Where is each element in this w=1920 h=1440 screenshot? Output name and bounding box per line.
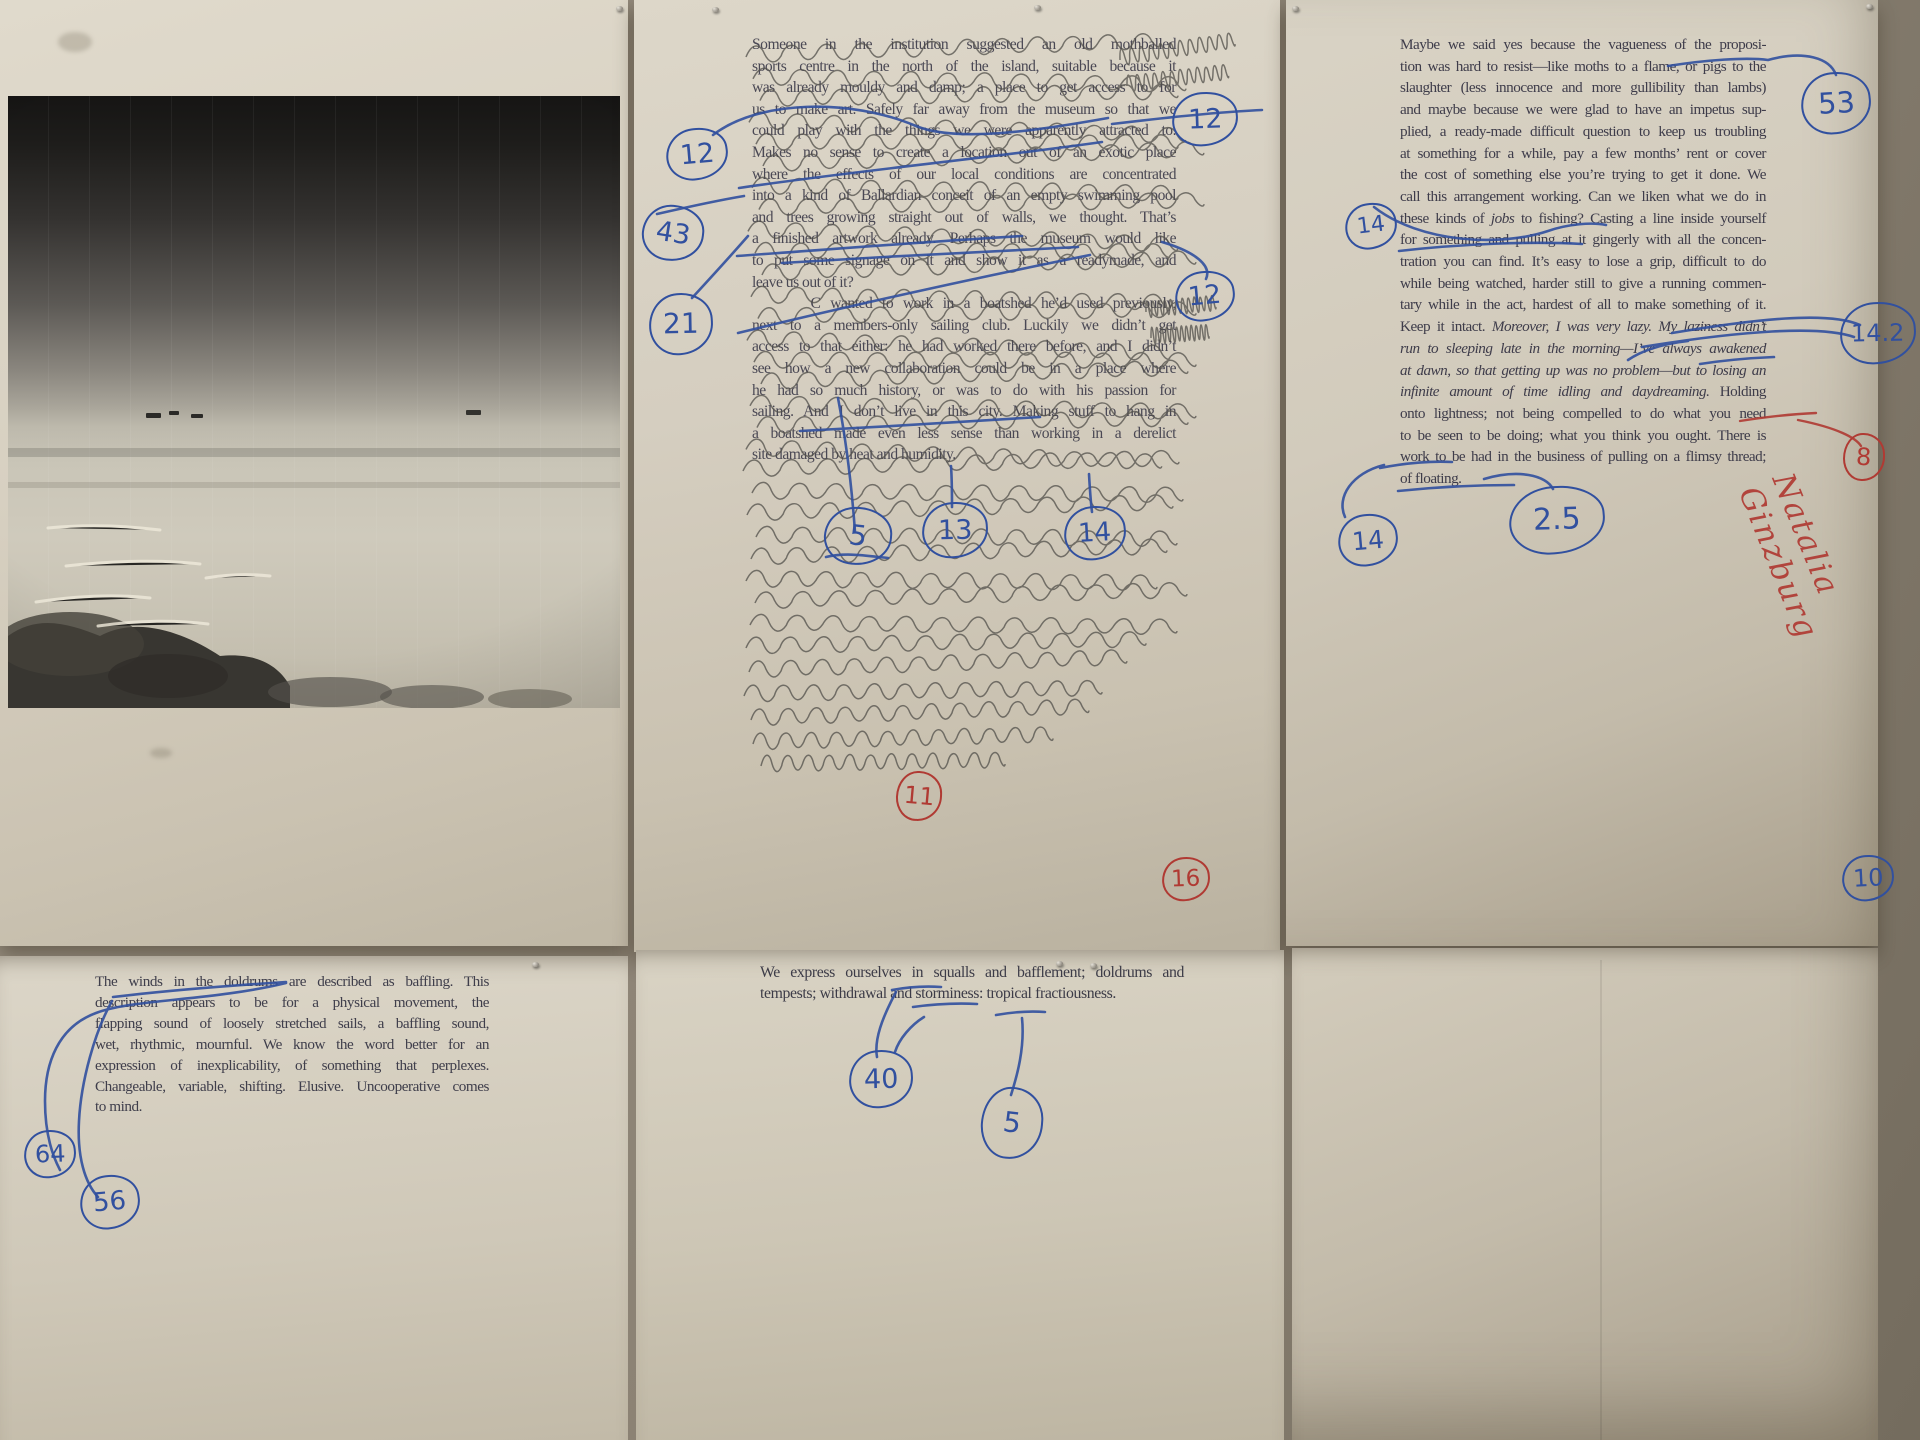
- annotation-number: 21: [663, 310, 699, 339]
- pin: [532, 962, 539, 967]
- pinned-manuscript-wall: Someone in the institution suggested an …: [0, 0, 1920, 1440]
- annotation-number: 13: [938, 516, 973, 544]
- annotation-number: 12: [679, 139, 716, 169]
- annotation-number: 5: [1001, 1108, 1022, 1138]
- annotation-number: 14.2: [1851, 321, 1905, 346]
- annotation-number: 56: [92, 1188, 127, 1217]
- annotation-number: 64: [34, 1141, 65, 1166]
- pin: [1056, 961, 1063, 966]
- annotation-number: 14: [1351, 526, 1385, 554]
- annotation-number: 40: [864, 1065, 899, 1093]
- annotation-number: 8: [1856, 445, 1873, 470]
- pin: [712, 7, 719, 12]
- annotation-number: 43: [654, 217, 692, 249]
- annotation-number: 12: [1187, 105, 1222, 133]
- annotation-number: 10: [1852, 865, 1884, 891]
- annotation-number: 12: [1187, 282, 1222, 311]
- annotation-number: 53: [1817, 88, 1855, 119]
- annotation-number: 11: [903, 783, 936, 810]
- pen-marks-overlay: [0, 0, 1920, 1440]
- annotation-number: 2.5: [1533, 504, 1582, 536]
- annotation-number: 14: [1356, 213, 1386, 238]
- pin: [1034, 5, 1041, 10]
- annotation-number: 14: [1078, 519, 1112, 547]
- annotation-number: 5: [847, 521, 868, 551]
- pin: [1090, 963, 1097, 968]
- pin: [1292, 6, 1299, 11]
- pin: [616, 6, 623, 11]
- annotation-number: 16: [1171, 867, 1201, 891]
- pin: [1866, 4, 1873, 9]
